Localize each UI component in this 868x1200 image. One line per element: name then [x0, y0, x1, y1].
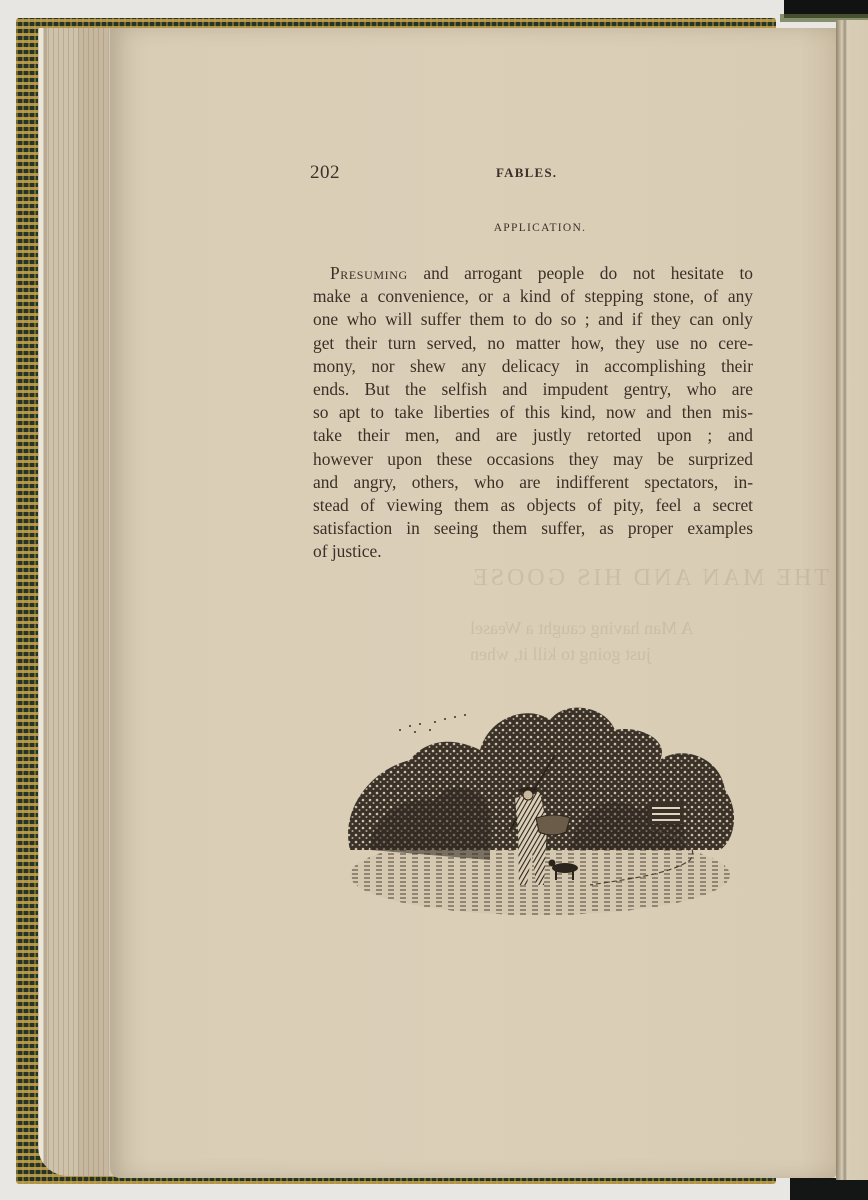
- running-title: FABLES.: [496, 165, 557, 181]
- text-line: Presuming and arrogant people do not hes…: [313, 262, 753, 285]
- show-through-text: THE MAN AND HIS GOOSE: [470, 565, 829, 592]
- text-line: stead of viewing them as objects of pity…: [313, 494, 753, 517]
- text-line: ends. But the selfish and impudent gentr…: [313, 378, 753, 401]
- section-heading-text: APPLICATION.: [480, 222, 600, 234]
- adjacent-page-edges: [836, 20, 868, 1180]
- show-through-text: A Man having caught a Weasel: [470, 618, 694, 639]
- running-head: 202 FABLES.: [310, 162, 750, 186]
- text-line: of justice.: [313, 540, 753, 563]
- birds: [399, 714, 466, 733]
- text-line: however upon these occasions they may be…: [313, 448, 753, 471]
- text-line: get their turn served, no matter how, th…: [313, 332, 753, 355]
- book-page: [110, 28, 836, 1178]
- show-through-text: just going to kill it, when: [470, 644, 651, 665]
- text-line: make a convenience, or a kind of steppin…: [313, 285, 753, 308]
- lead-word: Presuming: [330, 263, 408, 283]
- text-line: satisfaction in seeing them suffer, as p…: [313, 517, 753, 540]
- gate: [650, 803, 682, 823]
- text-line: so apt to take liberties of this kind, n…: [313, 401, 753, 424]
- scan-backdrop: [0, 0, 868, 20]
- application-paragraph: Presuming and arrogant people do not hes…: [313, 262, 753, 563]
- text-line: one who will suffer them to do so ; and …: [313, 308, 753, 331]
- text-line: mony, nor shew any delicacy in accomplis…: [313, 355, 753, 378]
- text-line: and angry, others, who are indifferent s…: [313, 471, 753, 494]
- engraving-vignette: [340, 700, 740, 920]
- scan-backdrop-dark-corner: [790, 1178, 868, 1200]
- page-number: 202: [310, 162, 340, 184]
- text-line: take their men, and are justly retorted …: [313, 424, 753, 447]
